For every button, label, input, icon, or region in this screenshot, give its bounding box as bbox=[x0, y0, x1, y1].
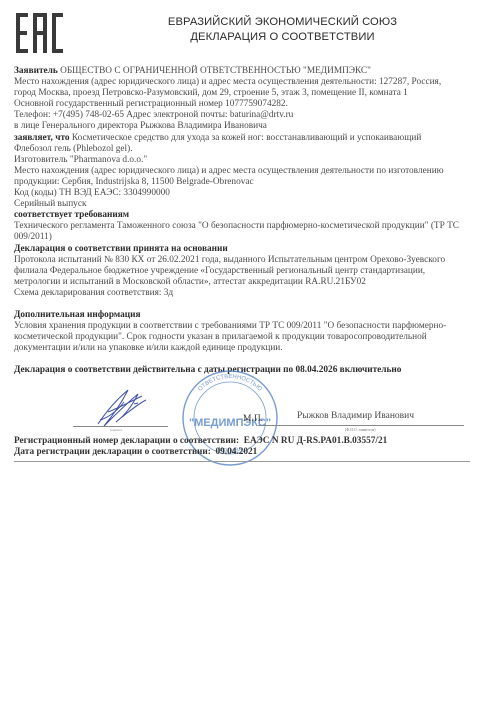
signatory-name: Рыжков Владимир Иванович bbox=[297, 411, 414, 421]
applicant-address-2: город Москва, проезд Петровско-Разумовск… bbox=[14, 88, 484, 99]
applicant-representative: в лице Генерального директора Рыжкова Вл… bbox=[14, 121, 484, 132]
document-title: ДЕКЛАРАЦИЯ О СООТВЕТСТВИИ bbox=[120, 30, 445, 45]
document-header: ЕВРАЗИЙСКИЙ ЭКОНОМИЧЕСКИЙ СОЮЗ ДЕКЛАРАЦИ… bbox=[120, 15, 445, 45]
requirements-line-1: Технического регламента Таможенного союз… bbox=[14, 221, 484, 232]
signature-line bbox=[73, 426, 168, 427]
applicant-label: Заявитель bbox=[14, 66, 58, 76]
signature-icon bbox=[88, 382, 158, 432]
applicant-name: ОБЩЕСТВО С ОГРАНИЧЕННОЙ ОТВЕТСТВЕННОСТЬЮ… bbox=[58, 66, 371, 76]
applicant-contacts: Телефон: +7(495) 748-02-65 Адрес электро… bbox=[14, 110, 484, 121]
signatory-line bbox=[258, 425, 464, 426]
registration-number-value: ЕАЭС N RU Д-RS.PA01.B.03557/21 bbox=[244, 436, 388, 446]
signature-caption: подпись bbox=[110, 428, 122, 432]
manufacturer: Изготовитель "Pharmanova d.o.o." bbox=[14, 155, 484, 166]
registration-number-label: Регистрационный номер декларации о соотв… bbox=[14, 436, 239, 446]
signatory-caption: (Ф.И.О. заявителя) bbox=[345, 428, 376, 432]
basis-line-3: метрологии и испытаний в Московской обла… bbox=[14, 277, 484, 288]
applicant-ogrn: Основной государственный регистрационный… bbox=[14, 99, 484, 110]
manufacturer-address-1: Место нахождения (адрес юридического лиц… bbox=[14, 166, 484, 177]
bottom-divider bbox=[14, 461, 470, 462]
seal-place-label: М.П. bbox=[243, 414, 263, 424]
declaration-body: Заявитель ОБЩЕСТВО С ОГРАНИЧЕННОЙ ОТВЕТС… bbox=[14, 66, 484, 376]
basis-line-2: филиала Федеральное бюджетное учреждение… bbox=[14, 266, 484, 277]
tn-ved-code: Код (коды) ТН ВЭД ЕАЭС: 3304990000 bbox=[14, 188, 484, 199]
registration-number-line: Регистрационный номер декларации о соотв… bbox=[14, 436, 387, 447]
additional-info-line-2: косметической продукции". Срок годности … bbox=[14, 332, 484, 343]
release-type: Серийный выпуск bbox=[14, 199, 484, 210]
product-name-2: Флебозол гель (Phlebozol gel). bbox=[14, 144, 484, 155]
registration-date-label: Дата регистрации декларации о соответств… bbox=[14, 447, 211, 457]
union-title: ЕВРАЗИЙСКИЙ ЭКОНОМИЧЕСКИЙ СОЮЗ bbox=[120, 15, 445, 30]
registration-block: Регистрационный номер декларации о соотв… bbox=[14, 436, 387, 459]
additional-info-label: Дополнительная информация bbox=[14, 310, 484, 321]
manufacturer-address-2: продукции: Сербия, Industrijska 8, 11500… bbox=[14, 177, 484, 188]
requirements-label: соответствует требованиям bbox=[14, 210, 484, 221]
declaration-document: ЕВРАЗИЙСКИЙ ЭКОНОМИЧЕСКИЙ СОЮЗ ДЕКЛАРАЦИ… bbox=[0, 0, 500, 723]
basis-line-1: Протокола испытаний № 830 КХ от 26.02.20… bbox=[14, 255, 484, 266]
eac-logo-icon bbox=[16, 13, 63, 53]
registration-date-line: Дата регистрации декларации о соответств… bbox=[14, 447, 387, 458]
additional-info-line-1: Условия хранения продукции в соответстви… bbox=[14, 321, 484, 332]
registration-date-value: 09.04.2021 bbox=[215, 447, 257, 457]
requirements-line-2: 009/2011) bbox=[14, 232, 484, 243]
applicant-address-1: Место нахождения (адрес юридического лиц… bbox=[14, 77, 484, 88]
declaration-scheme: Схема декларирования соответствия: 3д bbox=[14, 288, 484, 299]
statement-line: заявляет, что Косметическое средство для… bbox=[14, 133, 484, 144]
basis-label: Декларация о соответствии принята на осн… bbox=[14, 244, 484, 255]
additional-info-line-3: документации и/или на упаковке и/или каж… bbox=[14, 343, 484, 354]
product-name-1: Косметическое средство для ухода за коже… bbox=[70, 133, 422, 143]
applicant-line: Заявитель ОБЩЕСТВО С ОГРАНИЧЕННОЙ ОТВЕТС… bbox=[14, 66, 484, 77]
statement-label: заявляет, что bbox=[14, 133, 70, 143]
